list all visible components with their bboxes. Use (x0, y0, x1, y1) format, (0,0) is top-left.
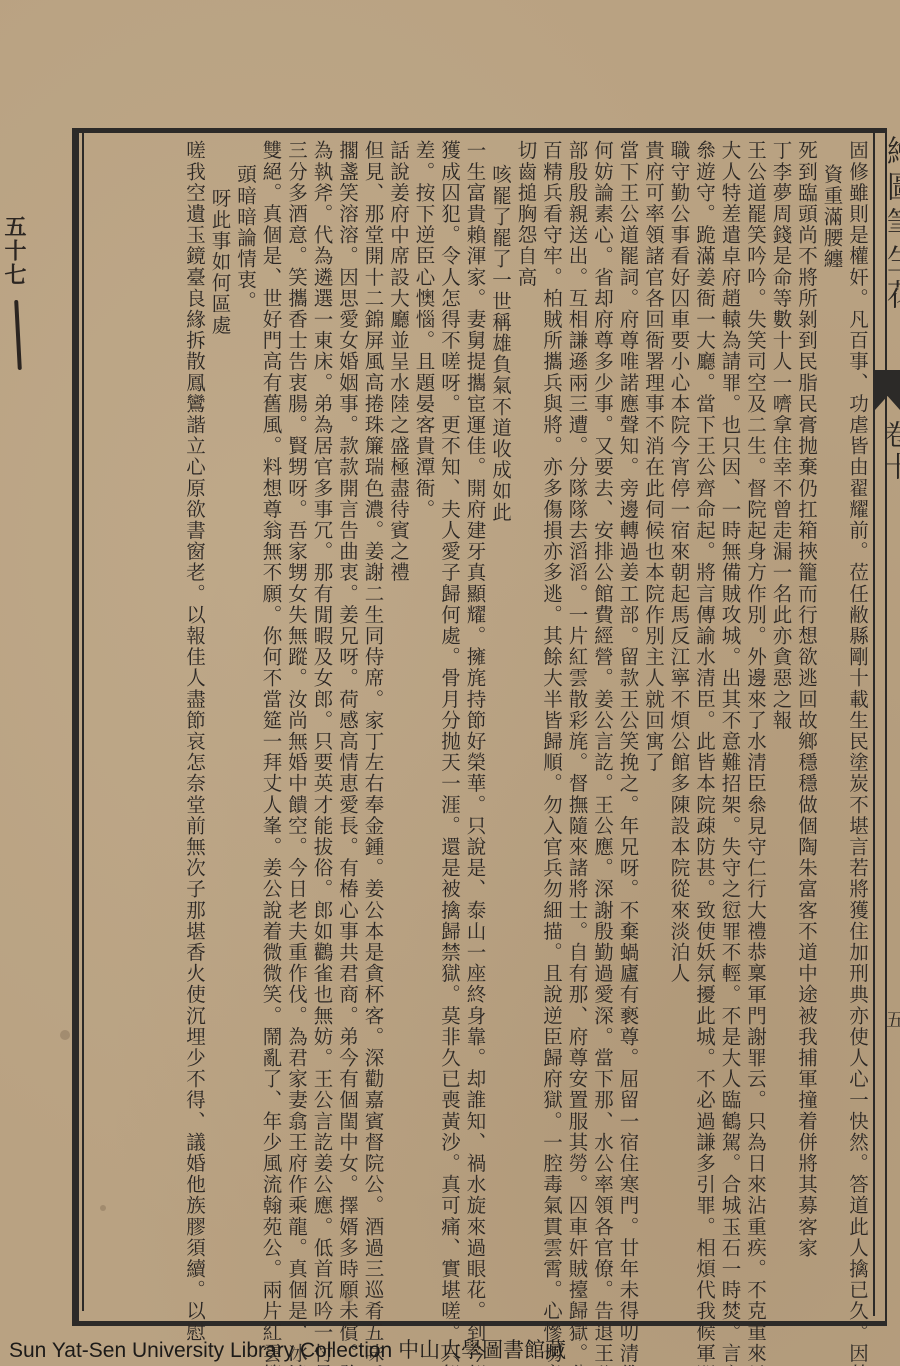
text-column: 咳罷了罷了一世稱雄負氣不道收成如此 (488, 140, 514, 1310)
text-column: 為執斧。代為遴選一東床。弟為居官多事冗。那有閒暇及女郎。只要英才能拔俗。郎如鸛雀… (309, 140, 335, 1310)
text-column: 三分多酒意。笑攜香士告衷腸。賢甥呀。吾家甥女失無蹤。汝尚無婚中饋空。今日老夫重作… (284, 140, 310, 1310)
paper-stain (60, 1030, 70, 1040)
text-column: 死到臨頭尚不將所剝到民脂民膏抛棄仍扛箱挾籠而行想欲逃回故鄉穩穩做個陶朱富客不道中… (794, 140, 820, 1310)
body-text: 固修雖則是權奸。凡百事、功虐皆由翟耀前。莅任敝縣剛十載生民塗炭不堪言若將獲住加刑… (90, 140, 870, 1310)
text-column: 差。按下逆臣心懊惱。且題晏客貴潭衙。 (411, 140, 437, 1310)
text-column: 切齒搥胸怨自高 (513, 140, 539, 1310)
text-column: 資重滿腰纏 (819, 140, 845, 1310)
page-border-inner-line (82, 133, 84, 1311)
text-column: 百精兵看守牢。柏賊所攜兵與將。亦多傷損亦多逃。其餘大半皆歸順。勿入官兵勿細描。且… (539, 140, 565, 1310)
collection-footer: Sun Yat-Sen University Library Collectio… (9, 1334, 566, 1364)
text-column: 當下王公道罷詞。府尊唯諾應聲知。旁邊轉過姜工部。留款王公笑挽之。年兄呀。不棄蝸廬… (615, 140, 641, 1310)
text-column: 王公道罷笑吟吟。失笑司空及二生。督院起身方作別。外邊來了水清臣叅見守仁行大禮恭稟… (743, 140, 769, 1310)
text-column: 一生富貴賴渾家。妻舅提攜宦運佳。開府建牙真顯耀。擁旄持節好榮華。只說是、泰山一座… (462, 140, 488, 1310)
text-column: 大人特差遣卓府趙轅為請罪。也只因、一時無備賊攻城。出其不意難招架。失守之愆罪不輕… (717, 140, 743, 1310)
text-column: 呀此事如何區處 (207, 140, 233, 1310)
text-column: 但見、那堂開十二錦屏風高捲珠簾瑞色濃。姜謝二生同侍席。家丁左右奉金鍾。姜公本是貪… (360, 140, 386, 1310)
text-column: 獲成囚犯。令人怎得不嗟呀。更不知、夫人愛子歸何處。骨月分抛天一涯。還是被擒歸禁獄… (437, 140, 463, 1310)
volume-label: 卷十 (876, 420, 900, 484)
text-column: 話說姜府中席設大廳並呈水陸之盛極盡待賓之禮 (386, 140, 412, 1310)
page-number: 五 (880, 1010, 900, 1028)
text-column: 丁李夢周錢是命等數十人一嚌拿住幸不曾走漏一名此亦貪惡之報 (768, 140, 794, 1310)
text-column: 何妨論素心。省却府尊多少事。又要去、安排公館費經營。姜公言訖。王公應。深謝殷勤過… (590, 140, 616, 1310)
book-title: 繪圖筆生花 (876, 135, 900, 315)
text-column: 職守勤公事看好囚車要小心本院今宵停一宿來朝起馬反江寧不煩公館多陳設本院從來淡泊人 (666, 140, 692, 1310)
text-column: 固修雖則是權奸。凡百事、功虐皆由翟耀前。莅任敝縣剛十載生民塗炭不堪言若將獲住加刑… (845, 140, 871, 1310)
text-column: 貴府可率領諸官各回衙署理事不消在此伺候也本院作別主人就回寓了 (641, 140, 667, 1310)
text-column: 頭暗暗論情衷。 (233, 140, 259, 1310)
text-column: 擱盞笑溶溶。因思愛女婚姻事。款款開言告曲衷。姜兄呀。荷感高情恵愛長。有椿心事共君… (335, 140, 361, 1310)
text-column: 雙絕。真個是、世好門高有舊風。料想尊翁無不願。你何不當筵一拜丈人峯。姜公說着微微… (258, 140, 284, 1310)
text-column: 叅遊守。跪滿姜衙一大廳。當下王公齊命起。將言傳諭水清臣。此皆本院疎防甚。致使妖氛… (692, 140, 718, 1310)
text-column: 部殷殷親送出。互相謙遜兩三遭。分隊隊去滔滔。一片紅雲散彩旄。督撫隨來諸將士。自有… (564, 140, 590, 1310)
margin-annotation: 五十七 (6, 215, 30, 287)
text-column: 嗟我空遺玉鏡臺良緣拆散鳳鸞諧立心原欲書窗老。以報佳人盡節哀怎奈堂前無次子那堪香火… (182, 140, 208, 1310)
